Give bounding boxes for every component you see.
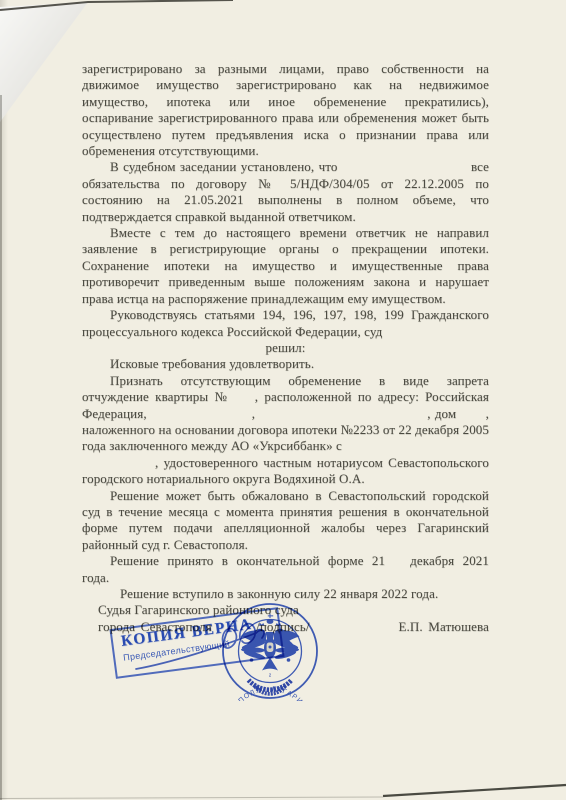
document-line: права истца на распоряжение принадлежащи… (82, 291, 489, 307)
document-line: года. (82, 570, 489, 586)
document-line: процессуального кодекса Российской Федер… (82, 324, 489, 340)
document-line: Решение принято в окончательной форме 21… (82, 553, 489, 569)
document-line: суд в течение месяца с момента принятия … (82, 504, 489, 520)
document-line: решил: (82, 340, 489, 356)
document-line: Решение может быть обжаловано в Севастоп… (82, 488, 489, 504)
document-line: , удостоверенного частным нотариусом Сев… (82, 455, 489, 471)
document-line: Вместе с тем до настоящего времени ответ… (82, 225, 489, 241)
document-line: В судебном заседании установлено, что вс… (82, 159, 489, 175)
bottom-edge-line (383, 785, 566, 796)
document-line: наложенного на основании договора ипотек… (82, 422, 489, 438)
document-line: оспаривание зарегистрированного права ил… (82, 110, 489, 126)
document-line: форме путем подачи апелляционной жалобы … (82, 520, 489, 536)
document-line: заявление в регистрирующие органы о прек… (82, 241, 489, 257)
document-line: имущество, ипотека или иное обременение … (82, 94, 489, 110)
bottom-edge-faint-line (0, 797, 383, 799)
document-line: противоречит приведенным выше положениям… (82, 274, 489, 290)
document-line: движимое имущество зарегистрировано как … (82, 77, 489, 93)
document-line: подтверждается справкой выданной ответчи… (82, 209, 489, 225)
document-line: Решение вступило в законную силу 22 янва… (82, 586, 489, 602)
document-line: обязательства по договору № 5/НДФ/304/05… (82, 176, 489, 192)
document-line: Сохранение ипотеки на имущество и имущес… (82, 258, 489, 274)
document-line: городского нотариального округа Водяхино… (82, 471, 489, 487)
document-line: Исковые требования удовлетворить. (82, 356, 489, 372)
document-line: Руководствуясь статьями 194, 196, 197, 1… (82, 307, 489, 323)
document-line: отчуждение квартиры № , расположенной по… (82, 389, 489, 405)
document-line: Признать отсутствующим обременение в вид… (82, 373, 489, 389)
signature-scribble (128, 612, 268, 682)
document-text: зарегистрировано за разными лицами, прав… (82, 61, 489, 635)
scanned-court-document-page: зарегистрировано за разными лицами, прав… (0, 0, 566, 800)
document-line: зарегистрировано за разными лицами, прав… (82, 61, 489, 77)
folded-corner (0, 2, 88, 122)
seal-center-mark: 2 (269, 673, 272, 678)
left-page-edge-shadow (0, 0, 8, 800)
top-edge-line (0, 0, 233, 10)
document-line: районный суд г. Севастополя. (82, 537, 489, 553)
document-line: осуществлено путем предъявления иска о п… (82, 127, 489, 143)
document-line: Федерация, , , дом , (82, 406, 489, 422)
document-line: обременения отсутствующими. (82, 143, 489, 159)
document-line: года заключенного между АО «Укрсиббанк» … (82, 438, 489, 454)
document-line: состоянию на 21.05.2021 выполнены в полн… (82, 192, 489, 208)
